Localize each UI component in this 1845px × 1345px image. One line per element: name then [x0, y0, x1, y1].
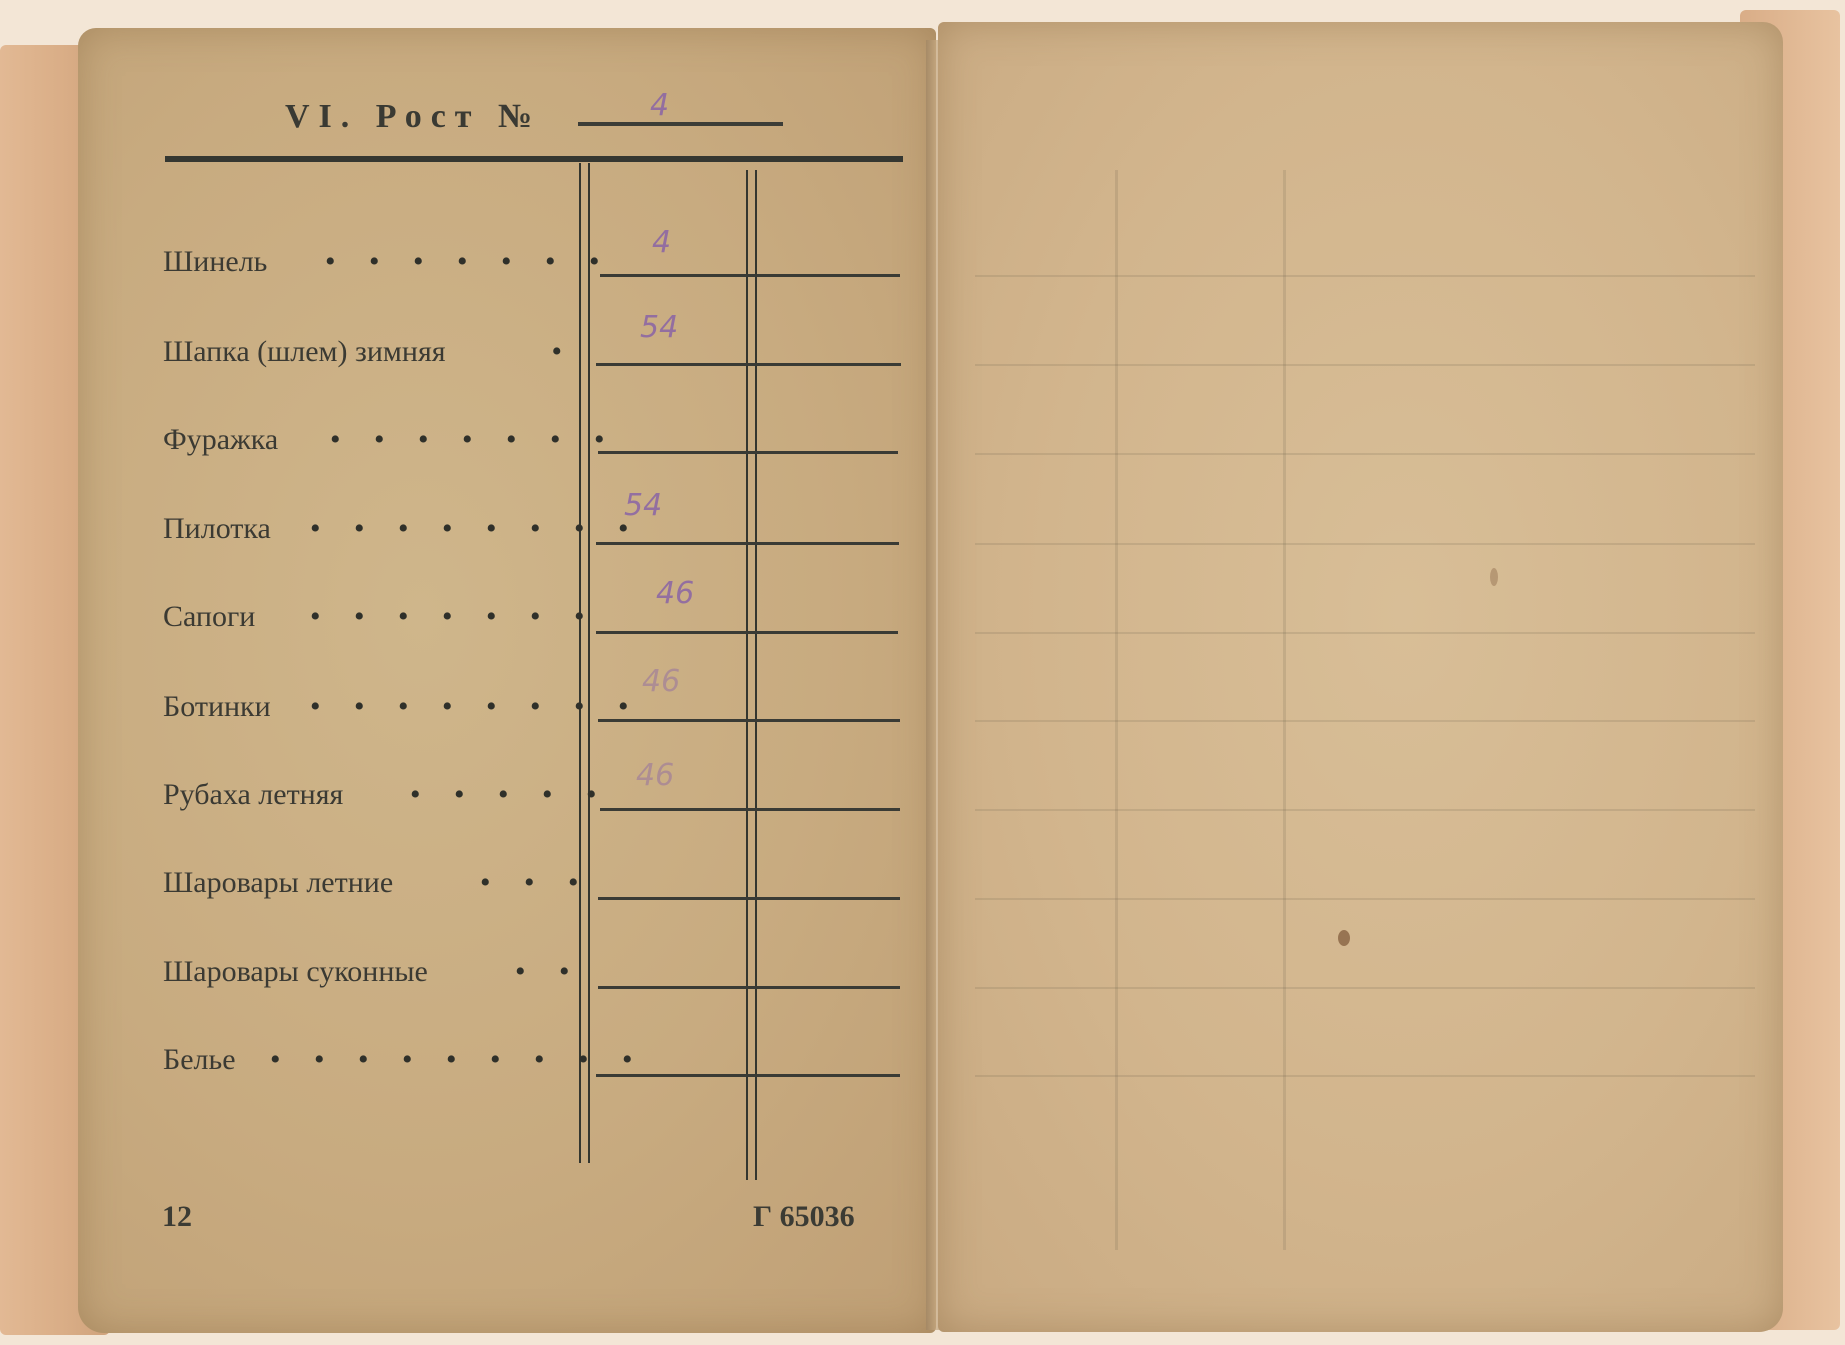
row-label-sharovary-letnie: Шаровары летние [163, 866, 393, 900]
show-through-line [1283, 170, 1286, 1250]
leader-dots: • • • • • • • [330, 423, 573, 457]
leader-dots: • [520, 335, 575, 369]
row-rule [596, 363, 901, 366]
leader-dots: • • • [480, 866, 573, 900]
size-value: 46 [636, 758, 674, 793]
show-through-line [975, 898, 1755, 900]
table-column-divider-1 [579, 163, 590, 1163]
height-number-underline [578, 122, 783, 126]
row-rule [598, 719, 900, 722]
row-rule [598, 986, 900, 989]
show-through-line [975, 809, 1755, 811]
show-through-line [975, 720, 1755, 722]
leader-dots: • • • • • • • • [310, 512, 573, 546]
row-label-botinki: Ботинки [163, 690, 271, 724]
right-page [938, 22, 1783, 1332]
document-spread: VI. Рост № 4 Шинель • • • • • • • 4 Шапк… [0, 0, 1845, 1345]
row-label-belye: Белье [163, 1043, 236, 1077]
show-through-line [975, 453, 1755, 455]
row-label-sapogi: Сапоги [163, 600, 255, 634]
row-rule [600, 808, 900, 811]
row-rule [598, 897, 900, 900]
leader-dots: • • • • • [410, 778, 573, 812]
show-through-line [975, 275, 1755, 277]
leader-dots: • • [515, 955, 573, 989]
size-value: 46 [642, 664, 680, 699]
show-through-line [975, 632, 1755, 634]
row-label-pilotka: Пилотка [163, 512, 271, 546]
row-label-sharovary-sukonnye: Шаровары суконные [163, 955, 428, 989]
left-page [78, 28, 936, 1333]
show-through-line [975, 1075, 1755, 1077]
page-number: 12 [162, 1200, 192, 1234]
row-rule [596, 631, 898, 634]
leader-dots: • • • • • • • • • [270, 1043, 573, 1077]
print-code: Г 65036 [753, 1200, 855, 1234]
row-rule [596, 542, 899, 545]
ink-stain [1338, 930, 1350, 946]
table-column-divider-2 [746, 170, 757, 1180]
row-rule [600, 274, 900, 277]
size-value: 4 [652, 225, 671, 260]
leader-dots: • • • • • • • [310, 600, 573, 634]
row-label-furazhka: Фуражка [163, 423, 278, 457]
row-label-rubakha: Рубаха летняя [163, 778, 343, 812]
row-label-shinel: Шинель [163, 245, 267, 279]
ink-stain [1490, 568, 1498, 586]
leader-dots: • • • • • • • [325, 245, 573, 279]
section-title: VI. Рост № [285, 98, 541, 136]
show-through-line [975, 364, 1755, 366]
size-value: 54 [640, 310, 678, 345]
size-value: 46 [656, 576, 694, 611]
table-top-rule [165, 156, 903, 162]
show-through-line [975, 987, 1755, 989]
size-value: 54 [624, 488, 662, 523]
leader-dots: • • • • • • • • [310, 690, 573, 724]
row-rule [598, 451, 898, 454]
show-through-line [1115, 170, 1118, 1250]
row-rule [596, 1074, 900, 1077]
row-label-shapka: Шапка (шлем) зимняя [163, 335, 446, 369]
height-number-handwritten: 4 [650, 88, 669, 123]
show-through-line [975, 543, 1755, 545]
